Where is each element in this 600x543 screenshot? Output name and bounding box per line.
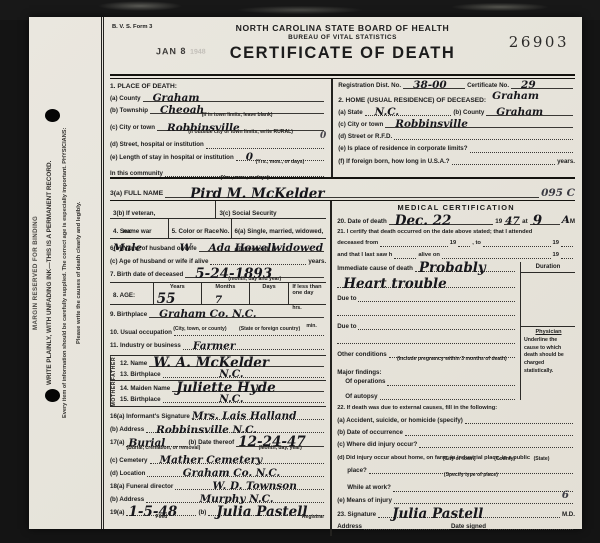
death-date-label: 20. Date of death — [337, 218, 387, 225]
cemetery-label: (c) Cemetery — [110, 457, 148, 464]
due-to-line — [358, 295, 515, 302]
mother-birthplace-line: N.C. — [163, 396, 325, 403]
accident-line — [465, 417, 573, 424]
medical-column: MEDICAL CERTIFICATION 20. Date of death … — [332, 201, 575, 536]
city-extra-mark: 0 — [320, 133, 326, 140]
occupation-line — [174, 329, 324, 336]
burial-location-line: Graham Co. N.C. — [147, 470, 324, 477]
home-heading-value: Graham — [492, 93, 539, 101]
burial-location-value: Graham Co. N.C. — [183, 470, 280, 478]
place-of-death-heading: 1. PLACE OF DEATH: — [110, 83, 326, 90]
home-city-line: Robbinsville — [385, 121, 573, 128]
alive-year-line — [561, 252, 573, 259]
physician-signature-line: Julia Pastell — [378, 511, 560, 518]
informant-address-line: Robbinsville N.C. — [146, 426, 324, 433]
physician-address-line — [364, 523, 449, 530]
where-injury-notes: (City or town) (County) (State) — [419, 447, 573, 465]
physician-heading: Physician — [524, 329, 573, 335]
street-label: (d) Street, hospital or institution — [110, 141, 204, 148]
veteran-ssn-row: 3(b) If veteran, name war 3(c) Social Se… — [110, 201, 326, 219]
birthdate-label: 7. Birth date of deceased — [110, 271, 183, 278]
spouse-line: Ada Howell — [199, 245, 325, 252]
physician-note: Underline the cause to which death shoul… — [524, 337, 573, 376]
date-signed-line — [488, 523, 573, 530]
funeral-director-line: W. D. Townson — [175, 483, 324, 490]
home-state-label: (a) State — [338, 109, 362, 116]
injury-place-line: (Specify type of place) — [369, 467, 573, 474]
age-days-cell: Days — [249, 283, 288, 304]
mother-name-line: Juliette Hyde — [172, 385, 324, 392]
stay-label: (e) Length of stay in hospital or instit… — [110, 154, 234, 161]
where-injury-line: (City or town) (County) (State) — [419, 441, 573, 448]
where-note-city: (City or town) — [443, 456, 476, 462]
age-days-head: Days — [253, 284, 285, 290]
community-label: In this community — [110, 170, 163, 177]
city-note: (If outside city or town limits, write R… — [157, 130, 324, 136]
home-foreign-line — [452, 158, 556, 165]
mother-name-value: Juliette Hyde — [176, 383, 275, 393]
age-row: 8. AGE: Years 55 Months 7 Days If less t… — [110, 282, 326, 305]
informant-signature-label: 16(a) Informant's Signature — [110, 413, 190, 420]
cause-lines: Immediate cause of death Probably Heart … — [337, 262, 520, 400]
father-name-label: 12. Name — [120, 360, 147, 367]
home-county-line: Graham — [486, 109, 573, 116]
cause-line2: Heart trouble — [337, 281, 515, 288]
due-to-label: Due to — [337, 295, 356, 302]
burial-method-line: Burial (Burial, cremation, or removal) — [126, 440, 186, 447]
marital-cell: 6(a) Single, married, widowed, or divorc… — [231, 219, 327, 238]
registrar-line: Julia Pastell Registrar — [208, 509, 324, 516]
death-date-line: Dec. 22 — [389, 218, 494, 225]
full-name-value: Pird M. McKelder — [190, 189, 324, 199]
home-street-line — [394, 133, 573, 140]
spouse-age-suffix: years. — [308, 258, 326, 265]
ssn-label: 3(c) Social Security — [219, 210, 276, 217]
sex-cell: 4. Sex Male — [110, 219, 168, 238]
mother-name-label: 14. Maiden Name — [120, 385, 170, 392]
margin-note-legibly: Please write the causes of death clearly… — [77, 27, 83, 519]
accident-label: (a) Accident, suicide, or homicide (spec… — [337, 417, 463, 424]
due-to-extra-line — [337, 309, 515, 316]
cemetery-line: Mather Cemetery — [150, 457, 325, 464]
while-at-work-line — [393, 485, 573, 492]
burial-date-line: 12-24-47 (Month, day, year) — [236, 440, 324, 447]
registrar-note: Registrar — [208, 515, 324, 521]
birthdate-note: (month, day and year) — [185, 277, 324, 283]
while-at-work-label: While at work? — [337, 484, 391, 491]
cemetery-value: Mather Cemetery — [160, 457, 263, 465]
means-of-injury-line: 6 — [394, 497, 573, 504]
means-of-injury-label: (e) Means of injury — [337, 497, 392, 504]
township-line: Cheoah (If in town limits, leave blank) — [150, 107, 324, 114]
other-conditions-label: Other conditions — [337, 351, 387, 358]
immediate-cause-label: Immediate cause of death — [337, 265, 413, 272]
certify-line: 21. I certify that death occurred on the… — [337, 229, 575, 236]
immediate-cause-value2: Heart trouble — [343, 279, 446, 289]
major-findings-label: Major findings: — [337, 369, 381, 376]
informant-signature-line: Mrs. Lais Halland — [192, 413, 324, 420]
director-address-value: Murphy N.C. — [200, 496, 274, 504]
father-birthplace-value: N.C. — [219, 371, 243, 379]
death-m-label: M — [570, 218, 575, 225]
home-state-line: N.C. — [365, 109, 452, 116]
home-corporate-line — [470, 146, 573, 153]
margin-note-supplied: Every item of information should be care… — [63, 27, 69, 519]
county-label: (a) County — [110, 95, 141, 102]
home-county-label: (b) County — [453, 109, 484, 116]
age-label-cell: 8. AGE: — [110, 283, 153, 304]
home-city-value: Robbinsville — [395, 121, 468, 129]
stamp-date: JAN 8 — [156, 46, 187, 57]
age-label: 8. AGE: — [113, 292, 135, 299]
section-home: Registration Dist. No. 38-00 Certificate… — [333, 79, 575, 177]
death-year-line: 47 — [504, 218, 520, 225]
margin-note-binding: MARGIN RESERVED FOR BINDING — [33, 27, 39, 519]
birthplace-label: 9. Birthplace — [110, 311, 147, 318]
date-signed-label: Date signed — [451, 523, 486, 530]
immediate-cause-value: Probably — [419, 263, 486, 273]
due-to2-line — [358, 323, 515, 330]
home-street-label: (d) Street or R.F.D. — [338, 133, 392, 140]
attended-from-label: deceased from — [337, 240, 378, 247]
certificate-no-line: 29 — [511, 82, 573, 89]
funeral-director-value: W. D. Townson — [213, 483, 297, 491]
to-year: 19 — [553, 240, 559, 247]
occupation-label: 10. Usual occupation — [110, 329, 172, 336]
city-label: (c) City or town — [110, 124, 155, 131]
last-saw-blank — [394, 252, 416, 259]
burial-label: 17(a) — [110, 439, 124, 446]
filed-label: 19(a) — [110, 509, 124, 516]
full-name-label: 3(a) FULL NAME — [110, 190, 163, 198]
mother-block: MOTHER 14. Maiden Name Juliette Hyde 15.… — [110, 381, 326, 407]
township-note: (If in town limits, leave blank) — [150, 113, 324, 119]
mother-rows: 14. Maiden Name Juliette Hyde 15. Birthp… — [120, 381, 326, 406]
serial-number: 26903 — [509, 33, 569, 51]
death-year-value: 47 — [505, 218, 520, 226]
home-county-value: Graham — [496, 109, 543, 117]
immediate-cause-line: Probably — [415, 265, 515, 272]
spouse-label: 6(b) Name of husband or wife — [110, 245, 197, 252]
director-address-line: Murphy N.C. — [146, 496, 324, 503]
certificate-no-value: 29 — [521, 82, 536, 90]
due-to2-extra-line — [337, 337, 515, 344]
attended-from-line — [380, 240, 448, 247]
physician-address-label: Address — [337, 523, 362, 530]
physician-box: Physician Underline the cause to which d… — [521, 327, 575, 400]
section-place-of-death: 1. PLACE OF DEATH: (a) County Graham (b)… — [110, 79, 333, 177]
death-year-prefix: 19 — [495, 218, 502, 225]
city-line: Robbinsville (If outside city or town li… — [157, 124, 324, 131]
father-name-value: W. A. McKelder — [153, 358, 269, 368]
form-header: B. V. S. Form 3 JAN 8 1948 NORTH CAROLIN… — [110, 20, 575, 72]
medical-heading: MEDICAL CERTIFICATION — [337, 203, 575, 212]
age-months-cell: Months 7 — [201, 283, 249, 304]
registration-district-line: 38-00 — [403, 82, 465, 89]
home-foreign-suffix: years. — [557, 158, 575, 165]
margin-note-permanent: WRITE PLAINLY, WITH UNFADING INK—THIS IS… — [47, 27, 53, 519]
bureau-title: BUREAU OF VITAL STATISTICS — [110, 34, 575, 41]
operations-line — [387, 379, 515, 386]
md-label: M.D. — [562, 511, 575, 518]
left-column: 3(b) If veteran, name war 3(c) Social Se… — [110, 201, 332, 536]
father-name-line: W. A. McKelder — [149, 360, 324, 367]
age-years-value: 55 — [157, 291, 176, 307]
age-years-cell: Years 55 — [153, 283, 201, 304]
informant-signature-value: Mrs. Lais Halland — [192, 413, 297, 421]
death-date-value: Dec. 22 — [395, 216, 452, 226]
home-city-label: (c) City or town — [338, 121, 383, 128]
autopsy-label: Of autopsy — [337, 393, 377, 400]
age-months-head: Months — [205, 284, 246, 290]
sex-label: 4. Sex — [113, 228, 131, 235]
from-year-line — [458, 240, 470, 247]
operations-label: Of operations — [337, 378, 385, 385]
certificate-no-label: Certificate No. — [467, 82, 509, 89]
stamp-year: 1948 — [190, 49, 206, 56]
main-sections: 3(b) If veteran, name war 3(c) Social Se… — [110, 201, 575, 536]
community-note: (Yrs., mos., or days) — [165, 176, 324, 182]
duration-heading: Duration — [521, 262, 575, 273]
community-line: (Yrs., mos., or days) — [165, 170, 324, 177]
birthdate-line: 5-24-1893 (month, day and year) — [185, 271, 324, 278]
county-line: Graham — [143, 95, 325, 102]
certificate-paper: MARGIN RESERVED FOR BINDING WRITE PLAINL… — [29, 17, 582, 529]
external-causes-heading: 22. If death was due to external causes,… — [337, 405, 575, 412]
injury-place-label: place? — [337, 467, 367, 474]
registration-district-value: 38-00 — [413, 82, 447, 90]
alive-year: 19 — [553, 252, 559, 259]
board-title: NORTH CAROLINA STATE BOARD OF HEALTH — [110, 20, 575, 33]
age-less-head: If less than one day — [292, 284, 323, 296]
home-heading: 2. HOME (USUAL RESIDENCE) OF DECEASED: — [338, 97, 486, 104]
father-rows: 12. Name W. A. McKelder 13. Birthplace N… — [120, 356, 326, 380]
mother-birthplace-value: N.C. — [219, 396, 243, 404]
occurrence-line — [405, 429, 573, 436]
from-year: 19 — [450, 240, 456, 247]
death-at-label: at — [522, 218, 528, 225]
cause-of-death-block: Immediate cause of death Probably Heart … — [337, 262, 575, 400]
last-saw-label: and that I last saw h — [337, 252, 392, 259]
injury-place-note: (Specify type of place) — [369, 473, 573, 479]
form-number-label: B. V. S. Form 3 — [112, 24, 152, 30]
attended-to-label: , to — [472, 240, 481, 247]
death-time-value: 9 — [533, 216, 542, 226]
burial-method-note: (Burial, cremation, or removal) — [126, 446, 186, 452]
cause-sidebar: Duration Physician Underline the cause t… — [520, 262, 575, 400]
age-years-head: Years — [157, 284, 198, 290]
due-to2-label: Due to — [337, 323, 356, 330]
where-note-county: (County) — [494, 456, 515, 462]
spouse-age-label: (c) Age of husband or wife if alive — [110, 258, 208, 265]
to-year-line — [561, 240, 573, 247]
veteran-label: 3(b) If veteran, — [113, 210, 155, 217]
home-foreign-label: (f) If foreign born, how long in U.S.A.? — [338, 158, 449, 165]
funeral-director-label: 18(a) Funeral director — [110, 483, 173, 490]
full-name-line: Pird M. McKelder — [165, 191, 539, 198]
physician-signature-value: Julia Pastell — [392, 509, 483, 519]
spouse-age-line — [210, 258, 306, 265]
industry-line: Farmer — [183, 343, 324, 350]
mother-birthplace-label: 15. Birthplace — [120, 396, 161, 403]
sex-race-marital-row: 4. Sex Male 5. Color or Race W 6(a) Sing… — [110, 219, 326, 239]
certificate-form: B. V. S. Form 3 JAN 8 1948 NORTH CAROLIN… — [101, 17, 582, 529]
ssn-cell: 3(c) Social Security No. — [215, 201, 326, 218]
means-extra-mark: 6 — [562, 492, 569, 500]
race-cell: 5. Color or Race W — [168, 219, 231, 238]
physician-signature-label: 23. Signature — [337, 511, 376, 518]
race-label: 5. Color or Race — [172, 228, 219, 235]
binding-margin: MARGIN RESERVED FOR BINDING WRITE PLAINL… — [29, 17, 99, 529]
filed-note: Filed — [126, 515, 196, 521]
home-state-value: N.C. — [375, 109, 399, 117]
where-note-state: (State) — [534, 456, 550, 462]
filed-line: 1-5-48 Filed — [126, 509, 196, 516]
death-time-line: 9 — [530, 218, 560, 225]
township-label: (b) Township — [110, 107, 148, 114]
father-side-label: FATHER — [110, 356, 120, 380]
registrar-label: (b) — [198, 509, 206, 516]
duration-box: Duration — [521, 262, 575, 327]
spouse-value: Ada Howell — [209, 245, 276, 253]
burial-location-label: (d) Location — [110, 470, 145, 477]
county-value: Graham — [153, 95, 200, 103]
home-corporate-label: (e) Is place of residence in corporate l… — [338, 145, 467, 152]
received-date-stamp: JAN 8 1948 — [156, 46, 206, 57]
death-ampm-value: A — [562, 217, 570, 225]
industry-label: 11. Industry or business — [110, 342, 181, 349]
marital-label: 6(a) Single, married, widowed, — [235, 228, 324, 235]
informant-address-label: (b) Address — [110, 426, 144, 433]
registration-district-label: Registration Dist. No. — [338, 82, 401, 89]
full-name-code: 095 C — [541, 190, 575, 198]
occurrence-label: (b) Date of occurrence — [337, 429, 403, 436]
street-line — [206, 142, 324, 149]
alive-on-line — [442, 252, 551, 259]
industry-value: Farmer — [193, 343, 236, 351]
birthplace-line: Graham Co. N.C. (City, town, or county) … — [149, 311, 324, 318]
mother-side-label: MOTHER — [110, 381, 120, 406]
age-less-cell: If less than one day hrs. min. — [288, 283, 326, 304]
autopsy-line — [380, 393, 515, 400]
top-sections: 1. PLACE OF DEATH: (a) County Graham (b)… — [110, 79, 575, 177]
informant-address-value: Robbinsville N.C. — [156, 427, 257, 435]
father-birthplace-line: N.C. — [163, 371, 325, 378]
other-conditions-note: (Include pregnancy within 3 months of de… — [389, 357, 515, 363]
other-conditions-line: (Include pregnancy within 3 months of de… — [389, 351, 515, 358]
father-block: FATHER 12. Name W. A. McKelder 13. Birth… — [110, 355, 326, 381]
stay-note: (Yrs., mos., or days) — [236, 160, 324, 166]
where-injury-label: (c) Where did injury occur? — [337, 441, 417, 448]
age-months-value: 7 — [205, 294, 222, 306]
director-address-label: (b) Address — [110, 496, 144, 503]
veteran-cell: 3(b) If veteran, name war — [110, 201, 215, 218]
stay-line: 0 (Yrs., mos., or days) — [236, 154, 324, 161]
alive-on-label: alive on — [418, 252, 440, 259]
attended-to-line — [483, 240, 551, 247]
father-birthplace-label: 13. Birthplace — [120, 371, 161, 378]
burial-date-note: (Month, day, year) — [236, 446, 324, 452]
